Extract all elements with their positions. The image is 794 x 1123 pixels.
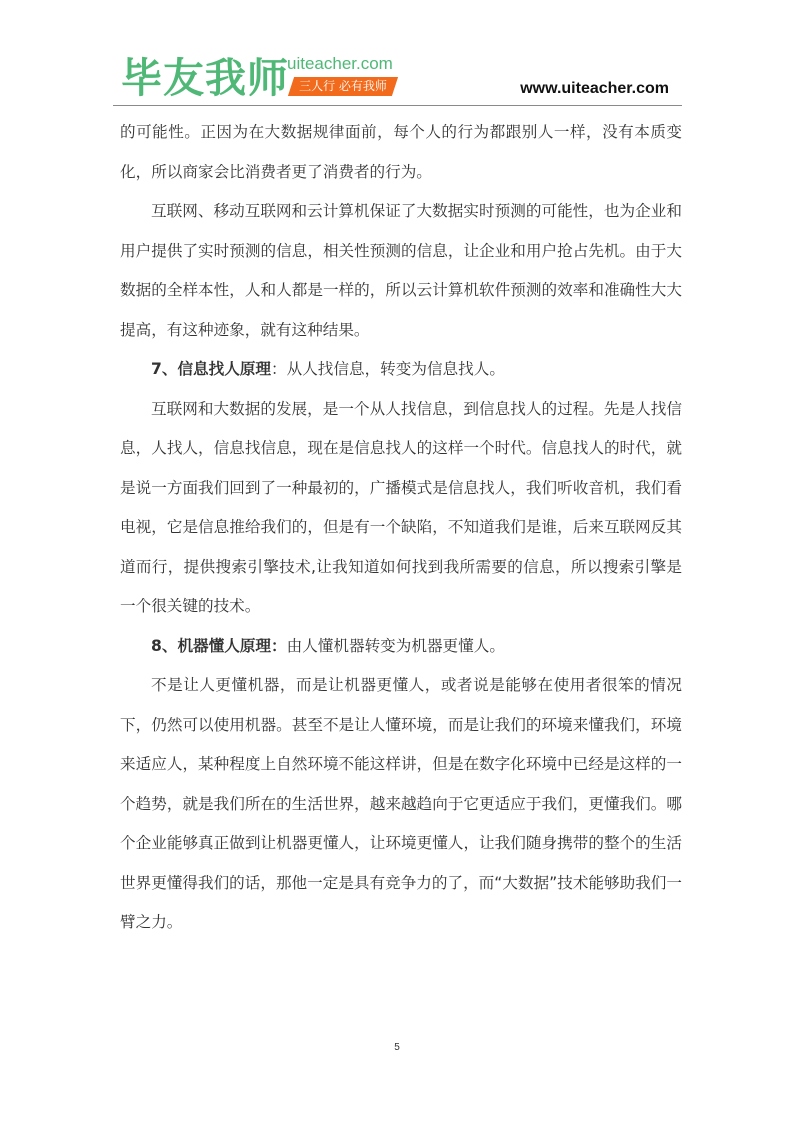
page-number: 5 [0,1042,794,1053]
section-heading-8: 8、机器懂人原理：由人懂机器转变为机器更懂人。 [120,627,682,667]
paragraph-continuation: 的可能性。正因为在大数据规律面前，每个人的行为都跟别人一样，没有本质变化，所以商… [120,113,682,192]
paragraph-information-finds-people: 互联网和大数据的发展，是一个从人找信息，到信息找人的过程。先是人找信息，人找人，… [120,390,682,627]
section-heading-7-text: ：从人找信息，转变为信息找人。 [271,360,505,378]
logo-slogan-text: 三人行 必有我师 [291,77,395,96]
section-heading-8-title: 8、机器懂人原理： [151,637,287,655]
paragraph-machines-understand-people: 不是让人更懂机器，而是让机器更懂人，或者说是能够在使用者很笨的情况下，仍然可以使… [120,666,682,943]
section-heading-8-text: 由人懂机器转变为机器更懂人。 [287,637,505,655]
header-divider [113,105,682,106]
logo-domain: uiteacher.com [287,54,393,74]
section-heading-7-title: 7、信息找人原理 [151,360,271,378]
logo-text: 毕友我师 [121,54,289,102]
section-heading-7: 7、信息找人原理：从人找信息，转变为信息找人。 [120,350,682,390]
paragraph-realtime-prediction: 互联网、移动互联网和云计算机保证了大数据实时预测的可能性，也为企业和用户提供了实… [120,192,682,350]
document-body: 的可能性。正因为在大数据规律面前，每个人的行为都跟别人一样，没有本质变化，所以商… [120,113,682,943]
page-header: 毕友我师 uiteacher.com 三人行 必有我师 www.uiteache… [113,48,682,106]
logo-slogan-badge: 三人行 必有我师 [288,77,398,96]
site-url: www.uiteacher.com [520,80,669,98]
